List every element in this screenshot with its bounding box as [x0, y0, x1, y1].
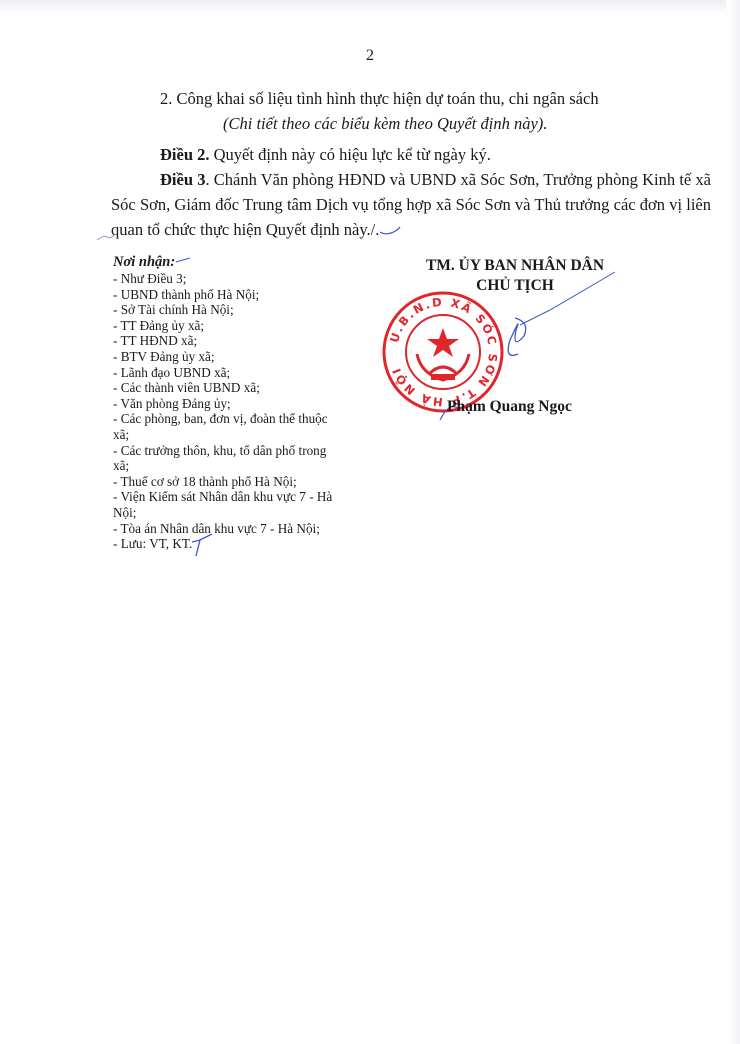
signer-name: Phạm Quang Ngọc	[447, 398, 572, 416]
recipient-item: - Lãnh đạo UBND xã;	[113, 365, 343, 381]
page-number: 2	[0, 47, 740, 65]
recipient-item: - Như Điều 3;	[113, 271, 343, 287]
initial-mark-icon	[379, 225, 401, 237]
recipient-item: - Các thành viên UBND xã;	[113, 380, 343, 396]
recipients-title: Nơi nhận:	[113, 254, 343, 271]
recipient-item: - Thuế cơ sở 18 thành phố Hà Nội;	[113, 474, 343, 490]
check-mark-icon	[190, 532, 214, 558]
recipient-item: - TT HĐND xã;	[113, 333, 343, 349]
recipient-item: - Các trưởng thôn, khu, tổ dân phố trong…	[113, 443, 343, 474]
recipient-item: - UBND thành phố Hà Nội;	[113, 287, 343, 303]
article-2-label: Điều 2.	[160, 145, 210, 164]
scan-top-edge	[0, 0, 740, 14]
scan-right-edge	[726, 0, 740, 1044]
item-2-detail: (Chi tiết theo các biểu kèm theo Quyết đ…	[223, 111, 547, 136]
recipient-item: - BTV Đảng ủy xã;	[113, 349, 343, 365]
article-2: Điều 2. Quyết định này có hiệu lực kể từ…	[160, 142, 491, 167]
recipient-item: - Tòa án Nhân dân khu vực 7 - Hà Nội;	[113, 521, 343, 537]
article-3: Điều 3. Chánh Văn phòng HĐND và UBND xã …	[111, 167, 711, 242]
article-2-text: Quyết định này có hiệu lực kể từ ngày ký…	[210, 145, 491, 164]
recipient-item: - Viện Kiểm sát Nhân dân khu vực 7 - Hà …	[113, 489, 343, 520]
recipient-item: - TT Đảng ủy xã;	[113, 318, 343, 334]
recipient-item: - Các phòng, ban, đơn vị, đoàn thể thuộc…	[113, 411, 343, 442]
item-2-text: 2. Công khai số liệu tình hình thực hiện…	[160, 86, 599, 111]
recipient-item: - Văn phòng Đảng ủy;	[113, 396, 343, 412]
recipient-item: - Sở Tài chính Hà Nội;	[113, 302, 343, 318]
recipients-list: - Như Điều 3;- UBND thành phố Hà Nội;- S…	[113, 271, 343, 552]
recipient-item: - Lưu: VT, KT.	[113, 536, 343, 552]
pen-mark-icon	[96, 232, 118, 242]
article-3-label: Điều 3	[160, 170, 205, 189]
recipients-block: Nơi nhận: - Như Điều 3;- UBND thành phố …	[113, 254, 343, 552]
tick-mark-icon	[175, 256, 191, 266]
